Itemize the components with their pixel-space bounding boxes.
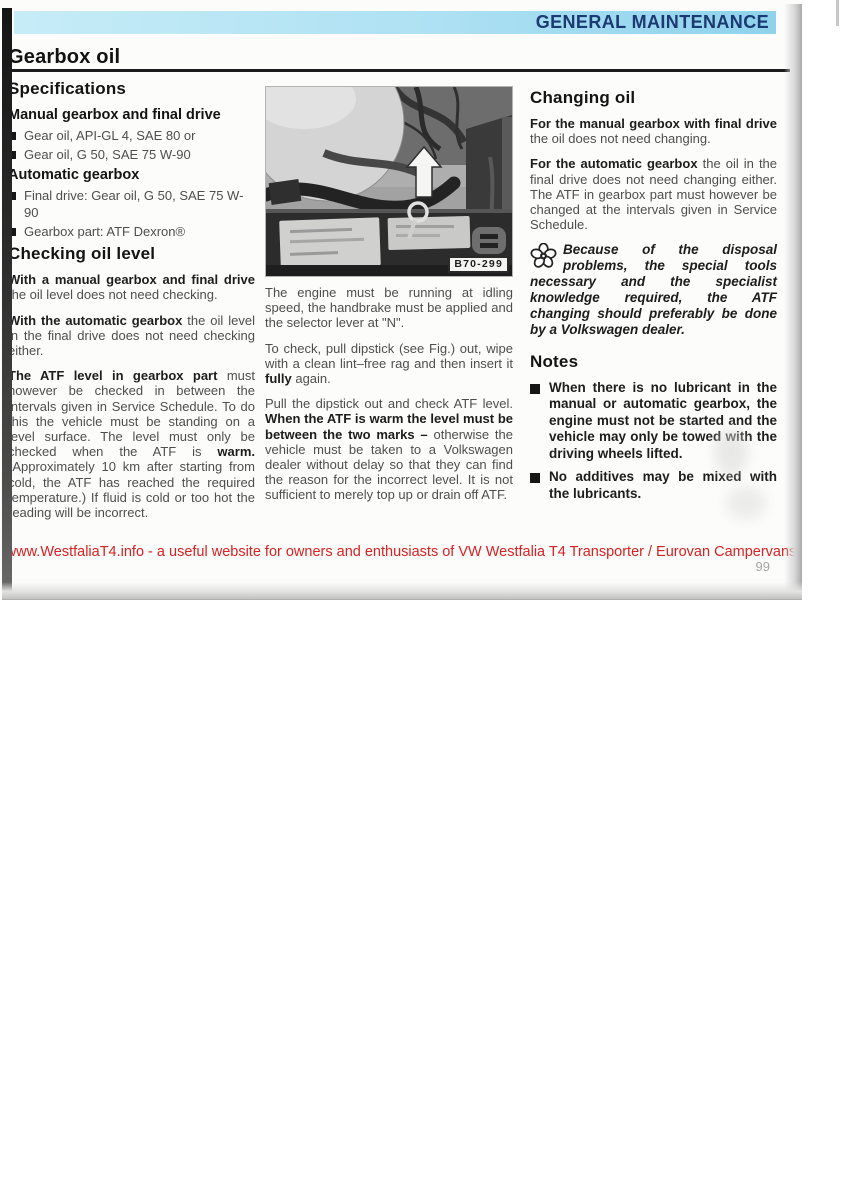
paragraph-automatic-changing: For the automatic gearbox the oil in the… (530, 156, 777, 232)
square-bullet-icon (530, 384, 540, 394)
title-rule (8, 69, 790, 72)
spec-list-item-text: Gear oil, API-GL 4, SAE 80 or (24, 128, 255, 145)
automatic-gearbox-heading: Automatic gearbox (8, 167, 255, 183)
page-number: 99 (700, 559, 770, 574)
scan-bottom-edge (2, 582, 802, 600)
figure-number-label: B70-299 (448, 256, 509, 273)
paragraph-manual-checking: With a manual gearbox and final drive th… (8, 272, 255, 302)
scan-smudge (714, 428, 748, 476)
paragraph-engine-idling: The engine must be running at idling spe… (265, 285, 513, 331)
square-bullet-icon (530, 473, 540, 483)
spec-list-item-text: Final drive: Gear oil, G 50, SAE 75 W-90 (24, 188, 255, 221)
specifications-heading: Specifications (8, 79, 255, 99)
environment-note-text: Because of the disposal problems, the sp… (530, 242, 777, 337)
scan-right-edge (784, 4, 802, 596)
paragraph-manual-changing: For the manual gearbox with final drive … (530, 116, 777, 146)
notes-heading: Notes (530, 352, 777, 372)
paragraph-check-level: Pull the dipstick out and check ATF leve… (265, 396, 513, 502)
spec-list-item: Gear oil, G 50, SAE 75 W-90 (8, 147, 255, 164)
section-title: Gearbox oil (8, 46, 120, 69)
scan-artifact-line (836, 0, 839, 26)
checking-oil-level-heading: Checking oil level (8, 244, 255, 264)
header-bar: GENERAL MAINTENANCE (14, 11, 776, 34)
engine-photo-illustration (266, 87, 512, 276)
page-header-title: GENERAL MAINTENANCE (536, 12, 769, 33)
scan-smudge (726, 486, 766, 520)
flower-icon (530, 243, 557, 269)
manual-oil-list: Gear oil, API-GL 4, SAE 80 or Gear oil, … (8, 128, 255, 163)
left-column: Specifications Manual gearbox and final … (8, 79, 255, 530)
spec-list-item-text: Gear oil, G 50, SAE 75 W-90 (24, 147, 255, 164)
footer-website-text: www.WestfaliaT4.info - a useful website … (0, 544, 802, 560)
scanned-manual-page: GENERAL MAINTENANCE Gearbox oil Specific… (0, 0, 802, 600)
engine-label-right (388, 216, 471, 250)
changing-oil-heading: Changing oil (530, 88, 777, 108)
environment-note: Because of the disposal problems, the sp… (530, 242, 777, 338)
paragraph-atf-level: The ATF level in gearbox part must howev… (8, 368, 255, 520)
manual-gearbox-heading: Manual gearbox and final drive (8, 107, 255, 123)
scan-binding-shadow (2, 8, 12, 592)
middle-column: B70-299 The engine must be running at id… (265, 86, 513, 513)
engine-bay-photo: B70-299 (265, 86, 513, 277)
paragraph-pull-dipstick: To check, pull dipstick (see Fig.) out, … (265, 341, 513, 387)
automatic-oil-list: Final drive: Gear oil, G 50, SAE 75 W-90… (8, 188, 255, 240)
spec-list-item: Gearbox part: ATF Dexron® (8, 224, 255, 241)
paragraph-automatic-checking: With the automatic gearbox the oil level… (8, 313, 255, 359)
spec-list-item-text: Gearbox part: ATF Dexron® (24, 224, 255, 241)
spec-list-item: Gear oil, API-GL 4, SAE 80 or (8, 128, 255, 145)
spec-list-item: Final drive: Gear oil, G 50, SAE 75 W-90 (8, 188, 255, 221)
